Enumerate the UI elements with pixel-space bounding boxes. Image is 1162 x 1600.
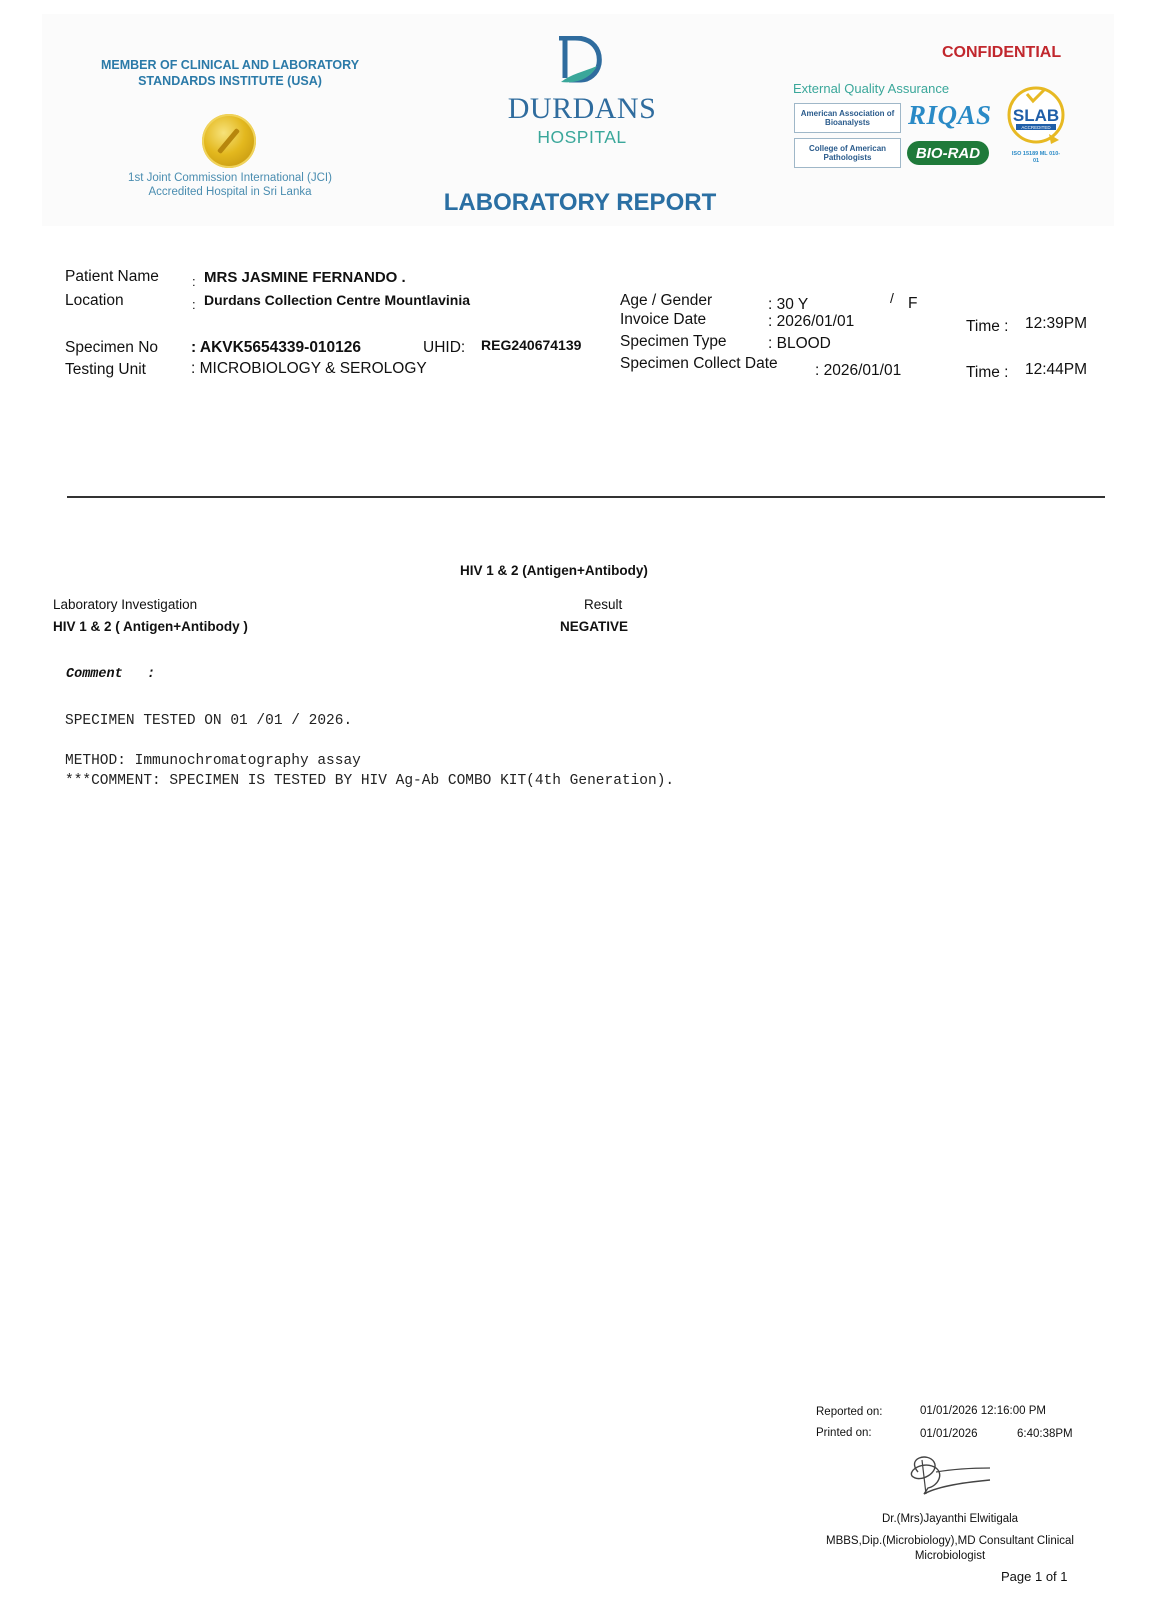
colon: :	[192, 274, 196, 289]
clsi-membership-text: MEMBER OF CLINICAL AND LABORATORY STANDA…	[90, 58, 370, 89]
biorad-logo: BIO-RAD	[907, 141, 989, 165]
invoice-date-value: : 2026/01/01	[768, 313, 854, 331]
collect-date-label: Specimen Collect Date	[620, 355, 778, 373]
svg-text:ACCREDITED: ACCREDITED	[1021, 125, 1051, 130]
investigation-name: HIV 1 & 2 ( Antigen+Antibody )	[53, 619, 248, 634]
jci-gold-seal-icon	[202, 114, 256, 168]
age-value: : 30 Y	[768, 296, 808, 314]
doctor-name: Dr.(Mrs)Jayanthi Elwitigala	[820, 1513, 1080, 1525]
reported-on-value: 01/01/2026 12:16:00 PM	[920, 1405, 1046, 1417]
patient-name-value: MRS JASMINE FERNANDO .	[204, 269, 406, 286]
confidential-label: CONFIDENTIAL	[942, 44, 1061, 62]
location-label: Location	[65, 292, 124, 310]
result-value: NEGATIVE	[560, 619, 628, 634]
jci-line-1: 1st Joint Commission International (JCI)	[95, 171, 365, 185]
comment-line: ***COMMENT: SPECIMEN IS TESTED BY HIV Ag…	[65, 773, 674, 789]
specimen-no-value: : AKVK5654339-010126	[191, 339, 361, 357]
invoice-date-label: Invoice Date	[620, 311, 706, 329]
brand-name: DURDANS	[472, 92, 692, 126]
collect-date-value: : 2026/01/01	[815, 362, 901, 380]
specimen-no-label: Specimen No	[65, 339, 158, 357]
gender-separator: /	[890, 290, 894, 306]
jci-accreditation-text: 1st Joint Commission International (JCI)…	[95, 171, 365, 199]
reported-on-label: Reported on:	[816, 1406, 883, 1418]
brand-subtitle: HOSPITAL	[472, 127, 692, 148]
riqas-logo: RIQAS	[908, 100, 992, 131]
cap-logo: College of American Pathologists	[794, 138, 901, 168]
location-value: Durdans Collection Centre Mountlavinia	[204, 292, 470, 308]
specimen-type-label: Specimen Type	[620, 333, 727, 351]
collect-time-value: 12:44PM	[1025, 361, 1087, 379]
comment-label: Comment :	[66, 667, 155, 682]
collect-time-label: Time :	[966, 364, 1008, 382]
aab-logo: American Association of Bioanalysts	[794, 103, 901, 133]
printed-on-time: 6:40:38PM	[1017, 1428, 1073, 1440]
durdans-d-logo-icon	[553, 36, 603, 86]
comment-line: METHOD: Immunochromatography assay	[65, 753, 361, 769]
specimen-type-value: : BLOOD	[768, 335, 831, 353]
result-column-header: Result	[584, 597, 622, 612]
colon: :	[192, 297, 196, 312]
test-title: HIV 1 & 2 (Antigen+Antibody)	[460, 563, 648, 578]
printed-on-label: Printed on:	[816, 1427, 872, 1439]
gender-value: F	[908, 295, 917, 313]
testing-unit-label: Testing Unit	[65, 361, 146, 379]
iso-certification-text: ISO 15189 ML 010-01	[1010, 151, 1062, 165]
doctor-qualifications: MBBS,Dip.(Microbiology),MD Consultant Cl…	[815, 1534, 1085, 1564]
page-number: Page 1 of 1	[1001, 1569, 1068, 1584]
section-divider	[67, 496, 1105, 498]
invoice-time-value: 12:39PM	[1025, 315, 1087, 333]
slab-accreditation-icon: SLAB ACCREDITED	[1005, 84, 1067, 146]
jci-line-2: Accredited Hospital in Sri Lanka	[95, 185, 365, 199]
invoice-time-label: Time :	[966, 318, 1008, 336]
eqa-label: External Quality Assurance	[793, 81, 949, 96]
report-title: LABORATORY REPORT	[420, 189, 740, 217]
age-gender-label: Age / Gender	[620, 292, 712, 310]
doctor-signature	[898, 1450, 1008, 1500]
investigation-column-header: Laboratory Investigation	[53, 597, 197, 612]
svg-text:SLAB: SLAB	[1013, 106, 1059, 125]
uhid-label: UHID:	[423, 339, 465, 357]
testing-unit-value: : MICROBIOLOGY & SEROLOGY	[191, 360, 427, 378]
printed-on-date: 01/01/2026	[920, 1428, 978, 1440]
uhid-value: REG240674139	[481, 337, 581, 353]
comment-line: SPECIMEN TESTED ON 01 /01 / 2026.	[65, 713, 352, 729]
patient-name-label: Patient Name	[65, 268, 159, 286]
